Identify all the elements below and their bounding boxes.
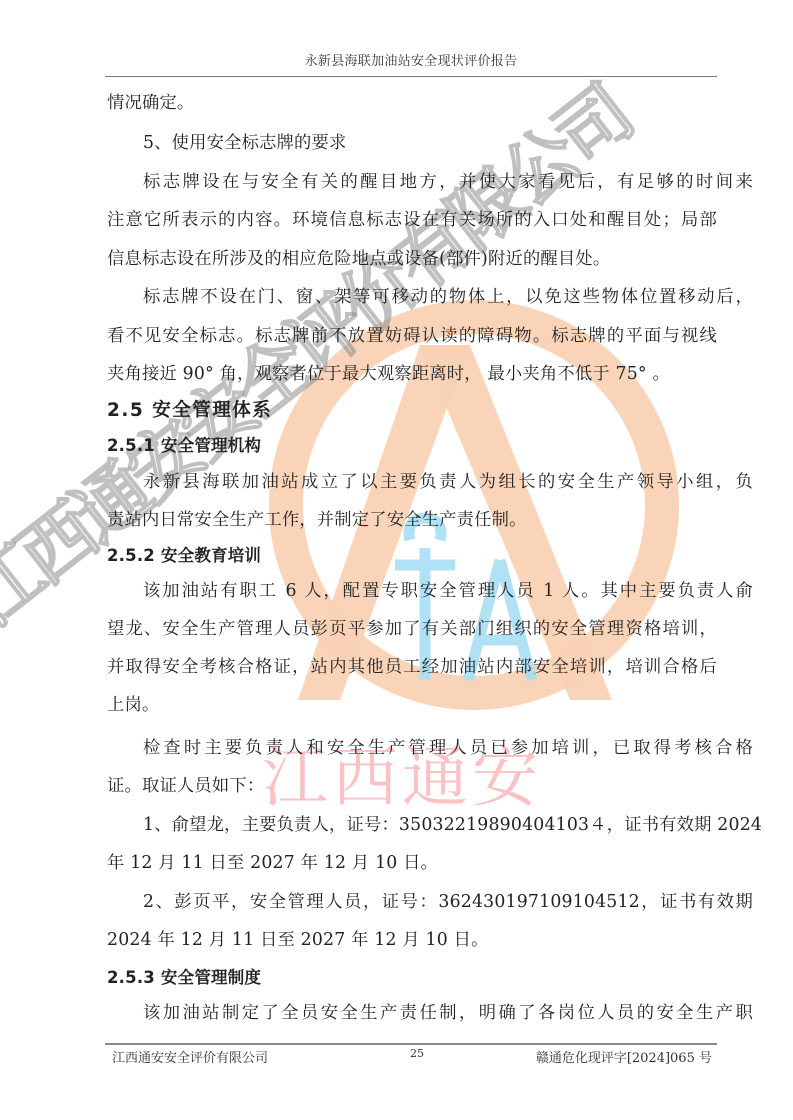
body-line: 证。取证人员如下： [107, 771, 717, 796]
body-line: 注意它所表示的内容。环境信息标志设在有关场所的入口处和醒目处；局部 [107, 205, 717, 230]
body-line: 并取得安全考核合格证，站内其他员工经加油站内部安全培训，培训合格后 [107, 652, 717, 677]
body-line: 标志牌不设在门、窗、架等可移动的物体上，以免这些物体位置移动后， [107, 282, 753, 307]
page-number: 25 [410, 1047, 424, 1060]
list-heading: 5、使用安全标志牌的要求 [107, 128, 753, 153]
certificate-line-1: 1、俞望龙，主要负责人，证号：35032219890404103４，证书有效期 … [107, 810, 753, 835]
certificate-validity-2: 2024 年 12 月 11 日至 2027 年 12 月 10 日。 [107, 925, 717, 950]
body-line: 该加油站制定了全员安全生产责任制，明确了各岗位人员的安全生产职 [107, 998, 753, 1023]
certificate-validity-1: 年 12 月 11 日至 2027 年 12 月 10 日。 [107, 848, 717, 873]
section-heading-2-5: 2.5 安全管理体系 [107, 396, 717, 422]
body-line: 看不见安全标志。标志牌前不放置妨碍认读的障碍物。标志牌的平面与视线 [107, 321, 717, 346]
page-header-title: 永新县海联加油站安全现状评价报告 [105, 50, 717, 69]
body-line: 永新县海联加油站成立了以主要负责人为组长的安全生产领导小组，负 [107, 467, 753, 492]
body-line: 检查时主要负责人和安全生产管理人员已参加培训，已取得考核合格 [107, 733, 753, 758]
body-line: 夹角接近 90° 角，观察者位于最大观察距离时， 最小夹角不低于 75° 。 [107, 359, 717, 384]
body-line: 该加油站有职工 6 人，配置专职安全管理人员 1 人。其中主要负责人俞 [107, 576, 753, 601]
body-line: 标志牌设在与安全有关的醒目地方，并使大家看见后，有足够的时间来 [107, 167, 753, 192]
document-page: 江西通安 江西通安安全评价有限公司 永新县海联加油站安全现状评价报告 情况确定。… [0, 0, 793, 1120]
body-line: 上岗。 [107, 690, 717, 715]
footer-company: 江西通安安全评价有限公司 [112, 1047, 268, 1066]
header-divider [105, 76, 717, 77]
footer-divider [105, 1043, 717, 1045]
body-line: 情况确定。 [107, 88, 717, 113]
body-line: 望龙、安全生产管理人员彭页平参加了有关部门组织的安全管理资格培训， [107, 614, 717, 639]
section-heading-2-5-3: 2.5.3 安全管理制度 [107, 964, 717, 988]
certificate-line-2: 2、彭页平，安全管理人员，证号：362430197109104512，证书有效期 [107, 887, 753, 912]
section-heading-2-5-2: 2.5.2 安全教育培训 [107, 542, 717, 566]
section-heading-2-5-1: 2.5.1 安全管理机构 [107, 432, 717, 456]
body-line: 信息标志设在所涉及的相应危险地点或设备(部件)附近的醒目处。 [107, 244, 717, 269]
body-line: 责站内日常安全生产工作，并制定了安全生产责任制。 [107, 505, 717, 530]
footer-doc-number: 赣通危化现评字[2024]065 号 [536, 1047, 712, 1066]
